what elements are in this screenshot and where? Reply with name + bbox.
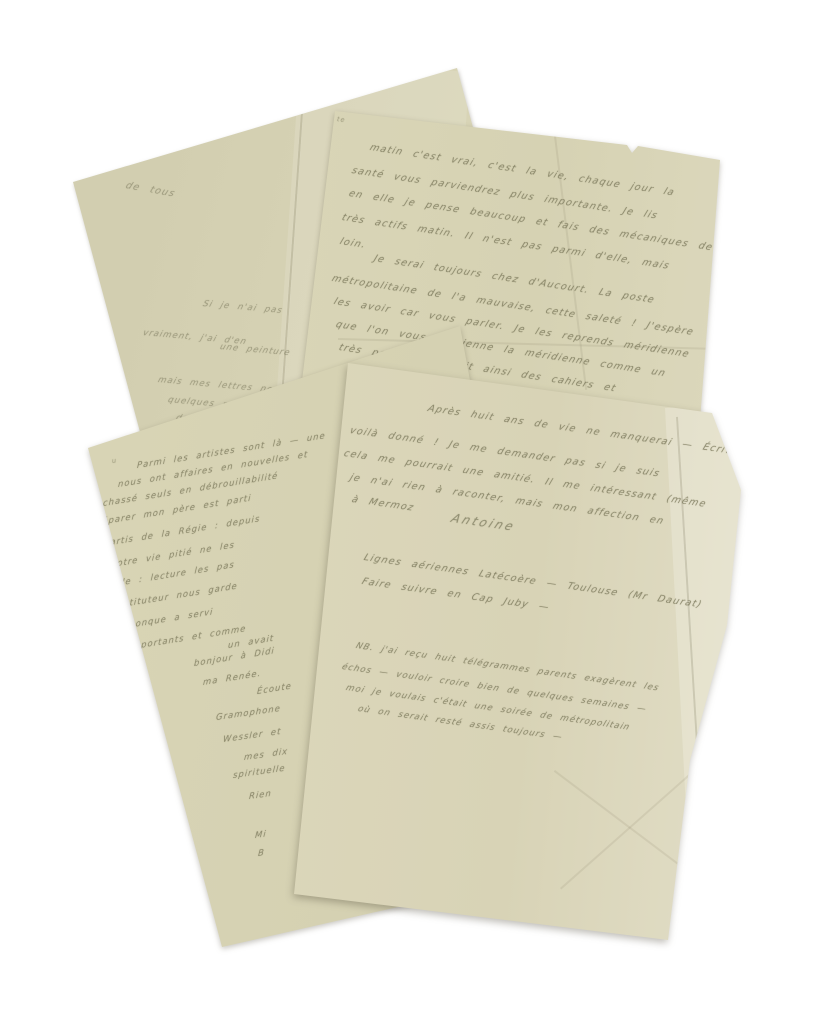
handwriting-line: partis de la Régie : depuis [104, 515, 261, 548]
paper-sheen [253, 60, 469, 740]
handwriting-line: je n'ai rien à raconter, mais mon affect… [348, 473, 665, 526]
handwriting-line: ma Renée. [203, 670, 262, 688]
handwriting-line: Gramophone [216, 705, 281, 723]
handwriting-line: santé vous parviendrez plus importante. … [350, 166, 659, 221]
signature: Antoine [449, 512, 517, 532]
page-centre-wrap: Après huit ans de vie ne manquerai — Écr… [0, 0, 825, 1024]
manuscript-page-bottom-left: u Parmi les artistes sont là — une nous … [0, 0, 825, 1024]
handwriting-line: Lignes aériennes Latécoère — Toulouse (M… [362, 553, 703, 610]
handwriting-line: loin. [338, 237, 367, 250]
fold-crease [338, 338, 714, 349]
handwriting-line: vraiment, j'ai d'en [142, 329, 248, 346]
handwriting-line: nous ont affaires en nouvelles et [118, 451, 309, 490]
handwriting-line: B [258, 849, 265, 859]
handwriting-line: Écoute [257, 682, 292, 696]
handwriting-line: matin c'est vrai, c'est la vie, chaque j… [368, 143, 676, 198]
fold-crease [676, 417, 709, 932]
handwriting-line: mes dix [244, 748, 289, 763]
manuscript-page-centre: Après huit ans de vie ne manquerai — Écr… [0, 0, 825, 1024]
page-top-right-wrap: te matin c'est vrai, c'est la vie, chaqu… [0, 0, 825, 1024]
handwriting-line: l'instituteur nous garde [108, 582, 238, 611]
handwriting-line: chassé seuls en débrouillabilité [103, 472, 279, 508]
handwriting-line: de tous [124, 181, 177, 199]
handwriting-line: Faire suivre en Cap Juby — [360, 577, 551, 612]
handwriting-line: Je serai toujours chez d'Aucourt. La pos… [372, 254, 656, 305]
photograph-of-manuscript-letters: de tous Si je n'ai pas vraiment, j'ai d'… [0, 0, 825, 1024]
handwriting-line: l'aide : lecture les pas [103, 561, 235, 591]
handwriting-line: Paris se fait éternelle — [478, 382, 647, 416]
handwriting-line: très peule en durait ainsi des cahiers e… [337, 343, 617, 393]
handwriting-line: métropolitaine de l'a mauvaise, cette sa… [330, 274, 695, 337]
handwriting-line: où on serait resté assis toujours — [357, 705, 564, 742]
handwriting-line: bonjour à Didi [194, 647, 275, 668]
fold-crease [560, 763, 702, 889]
handwriting-line: Wessler et [223, 728, 282, 745]
page-top-left-wrap: de tous Si je n'ai pas vraiment, j'ai d'… [0, 0, 825, 1024]
handwriting-line: NB. j'ai reçu huit télégrammes parents e… [355, 642, 661, 693]
paper-sheen [665, 404, 778, 944]
handwriting-line: cela me pourrait une amitié. Il me intér… [342, 449, 708, 509]
fold-crease [258, 112, 302, 723]
handwriting-line: à Mermoz [350, 495, 415, 513]
page-bottom-left-wrap: u Parmi les artistes sont là — une nous … [0, 0, 825, 1024]
handwriting-line: très actifs matin. Il n'est pas parmi d'… [340, 213, 671, 271]
handwriting-line: Parmi les artistes sont là — une [137, 432, 326, 471]
handwriting-line: échos — vouloir croire bien de quelques … [341, 663, 648, 714]
corner-mark: te [337, 116, 346, 124]
handwriting-line: s'importants et comme [120, 625, 247, 654]
handwriting-line: Si je n'ai pas [202, 300, 284, 315]
handwriting-line: notre vie pitié ne les [111, 541, 235, 569]
handwriting-line: quelques mots parfois [167, 396, 293, 415]
handwriting-line: une peinture [219, 343, 292, 357]
handwriting-line: Rien [249, 790, 272, 802]
handwriting-line: Mi [255, 830, 267, 840]
handwriting-line: un avait [228, 635, 275, 651]
fold-crease [554, 770, 700, 881]
handwriting-line: quiconque a servi [114, 608, 214, 632]
handwriting-line: en elle je pense beaucoup et fais des mé… [347, 189, 714, 252]
manuscript-page-top-right: te matin c'est vrai, c'est la vie, chaqu… [0, 0, 825, 1024]
handwriting-line: que l'on vous parvienne la méridienne co… [334, 320, 667, 378]
handwriting-line: moi je voulais c'était une soirée de mét… [345, 684, 632, 732]
handwriting-line: mais mes lettres ne [157, 376, 274, 394]
manuscript-page-top-left: de tous Si je n'ai pas vraiment, j'ai d'… [0, 0, 825, 1024]
handwriting-line: bien mais Majeure — chose. Je n'ai la me… [339, 366, 660, 423]
fold-crease [553, 128, 587, 390]
handwriting-line: les avoir car vous parler. Je les repren… [332, 297, 691, 359]
handwriting-line: spirituelle [233, 765, 286, 781]
handwriting-line: doutant mon départ [175, 414, 289, 432]
handwriting-line: séparer mon père est parti [97, 494, 252, 527]
handwriting-line: voilà donné ! Je me demander pas si je s… [348, 426, 661, 479]
handwriting-line: Après huit ans de vie ne manquerai — Écr… [426, 404, 772, 461]
corner-mark: u [111, 457, 117, 464]
